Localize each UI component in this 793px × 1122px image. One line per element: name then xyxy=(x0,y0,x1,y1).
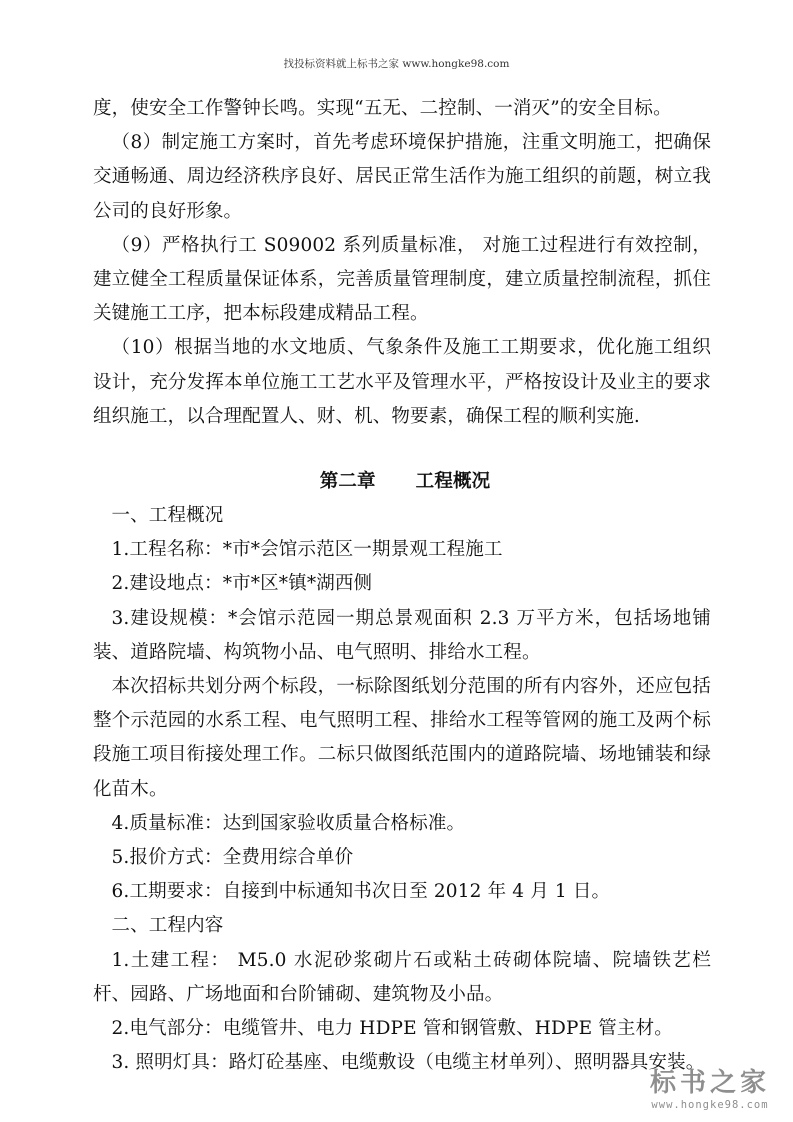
section-heading-content: 二、工程内容 xyxy=(93,909,711,943)
overview-quality-standard: 4.质量标准：达到国家验收质量合格标准。 xyxy=(93,807,711,841)
content-lighting: 3. 照明灯具：路灯砼基座、电缆敷设（电缆主材单列）、照明器具安装。 xyxy=(93,1046,711,1080)
chapter-number: 第二章 xyxy=(320,471,376,492)
paragraph-item-9: （9）严格执行工 S09002 系列质量标准， 对施工过程进行有效控制， 建立健… xyxy=(93,229,711,332)
document-body: 度，使安全工作警钟长鸣。实现“五无、二控制、一消灭”的安全目标。 （8）制定施工… xyxy=(93,92,711,1080)
watermark-url: www.hongke98.com xyxy=(641,1098,779,1112)
paragraph-item-10: （10）根据当地的水文地质、气象条件及施工工期要求，优化施工组织设计，充分发挥本… xyxy=(93,331,711,434)
watermark-title: 标书之家 xyxy=(641,1068,779,1098)
section-heading-overview: 一、工程概况 xyxy=(93,499,711,533)
chapter-title: 工程概况 xyxy=(416,471,491,492)
overview-location: 2.建设地点：*市*区*镇*湖西侧 xyxy=(93,567,711,601)
overview-schedule: 6.工期要求：自接到中标通知书次日至 2012 年 4 月 1 日。 xyxy=(93,875,711,909)
overview-scale: 3.建设规模：*会馆示范园一期总景观面积 2.3 万平方米，包括场地铺装、道路院… xyxy=(93,602,711,670)
paragraph-item-8: （8）制定施工方案时，首先考虑环境保护措施，注重文明施工，把确保交通畅通、周边经… xyxy=(93,126,711,229)
content-civil-works: 1.土建工程： M5.0 水泥砂浆砌片石或粘土砖砌体院墙、院墙铁艺栏杆、园路、广… xyxy=(93,944,711,1012)
chapter-heading: 第二章工程概况 xyxy=(93,465,711,499)
content-electrical: 2.电气部分：电缆管井、电力 HDPE 管和钢管敷、HDPE 管主材。 xyxy=(93,1012,711,1046)
paragraph-safety-continued: 度，使安全工作警钟长鸣。实现“五无、二控制、一消灭”的安全目标。 xyxy=(93,92,711,126)
overview-project-name: 1.工程名称：*市*会馆示范区一期景观工程施工 xyxy=(93,533,711,567)
page-header: 找投标资料就上标书之家 www.hongke98.com xyxy=(0,56,793,71)
watermark-logo: 标书之家 www.hongke98.com xyxy=(641,1068,779,1112)
overview-pricing-method: 5.报价方式：全费用综合单价 xyxy=(93,841,711,875)
overview-bid-sections: 本次招标共划分两个标段，一标除图纸划分范围的所有内容外，还应包括整个示范园的水系… xyxy=(93,670,711,807)
